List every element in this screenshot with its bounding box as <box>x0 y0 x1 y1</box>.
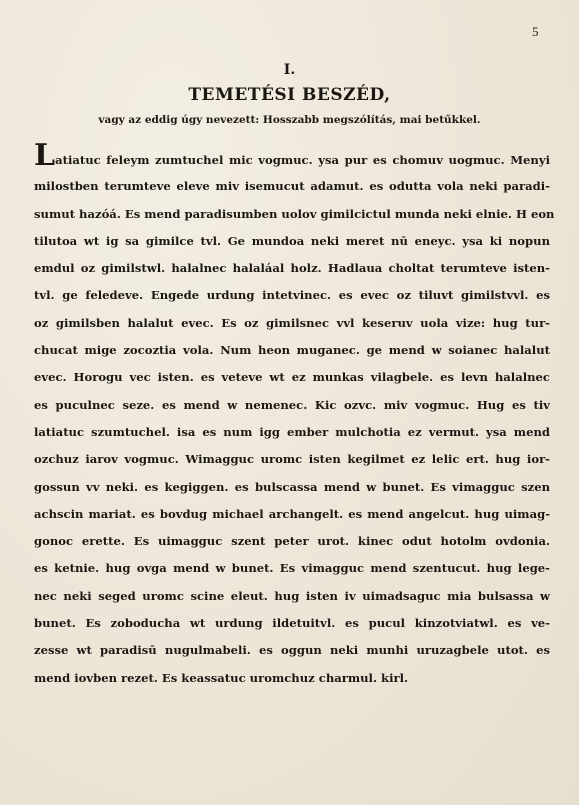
text-line: es puculnec seze. es mend w nemenec. Kic… <box>34 392 550 419</box>
text-line: bunet. Es zoboducha wt urdung ildetuitvl… <box>34 610 550 637</box>
chapter-number: I. <box>0 62 579 78</box>
text-line: chucat mige zocoztia vola. Num heon muga… <box>34 337 550 364</box>
text-line: tvl. ge feledeve. Engede urdung intetvin… <box>34 282 550 309</box>
text-line-last: mend iovben rezet. Es keassatuc uromchuz… <box>34 665 550 692</box>
text-line: achscin mariat. es bovdug michael archan… <box>34 501 550 528</box>
text-line: Latiatuc feleym zumtuchel mic vogmuc. ys… <box>34 146 550 173</box>
text-line: milostben terumteve eleve miv isemucut a… <box>34 173 550 200</box>
text-line: latiatuc szumtuchel. isa es num igg embe… <box>34 419 550 446</box>
text-line: sumut hazóá. Es mend paradisumben uolov … <box>34 201 550 228</box>
page-title: TEMETÉSI BESZÉD, <box>0 85 579 105</box>
text-line: zesse wt paradisū nugulmabeli. es oggun … <box>34 637 550 664</box>
text-line: nec neki seged uromc scine eleut. hug is… <box>34 583 550 610</box>
text-line: tilutoa wt ig sa gimilce tvl. Ge mundoa … <box>34 228 550 255</box>
text-line: evec. Horogu vec isten. es veteve wt ez … <box>34 364 550 391</box>
body-text: Latiatuc feleym zumtuchel mic vogmuc. ys… <box>34 146 550 692</box>
page-number: 5 <box>532 24 539 40</box>
text-line: gossun vv neki. es kegiggen. es bulscass… <box>34 474 550 501</box>
text-line: gonoc erette. Es uimagguc szent peter ur… <box>34 528 550 555</box>
text-line: oz gimilsben halalut evec. Es oz gimilsn… <box>34 310 550 337</box>
drop-cap: L <box>34 138 55 173</box>
title-punctuation: , <box>384 85 390 105</box>
text-line: emdul oz gimilstwl. halalnec halaláal ho… <box>34 255 550 282</box>
page-subtitle: vagy az eddig úgy nevezett: Hosszabb meg… <box>0 114 579 126</box>
text-line: ozchuz iarov vogmuc. Wimagguc uromc iste… <box>34 446 550 473</box>
title-text: TEMETÉSI BESZÉD <box>188 85 384 105</box>
text-line: es ketnie. hug ovga mend w bunet. Es vim… <box>34 555 550 582</box>
